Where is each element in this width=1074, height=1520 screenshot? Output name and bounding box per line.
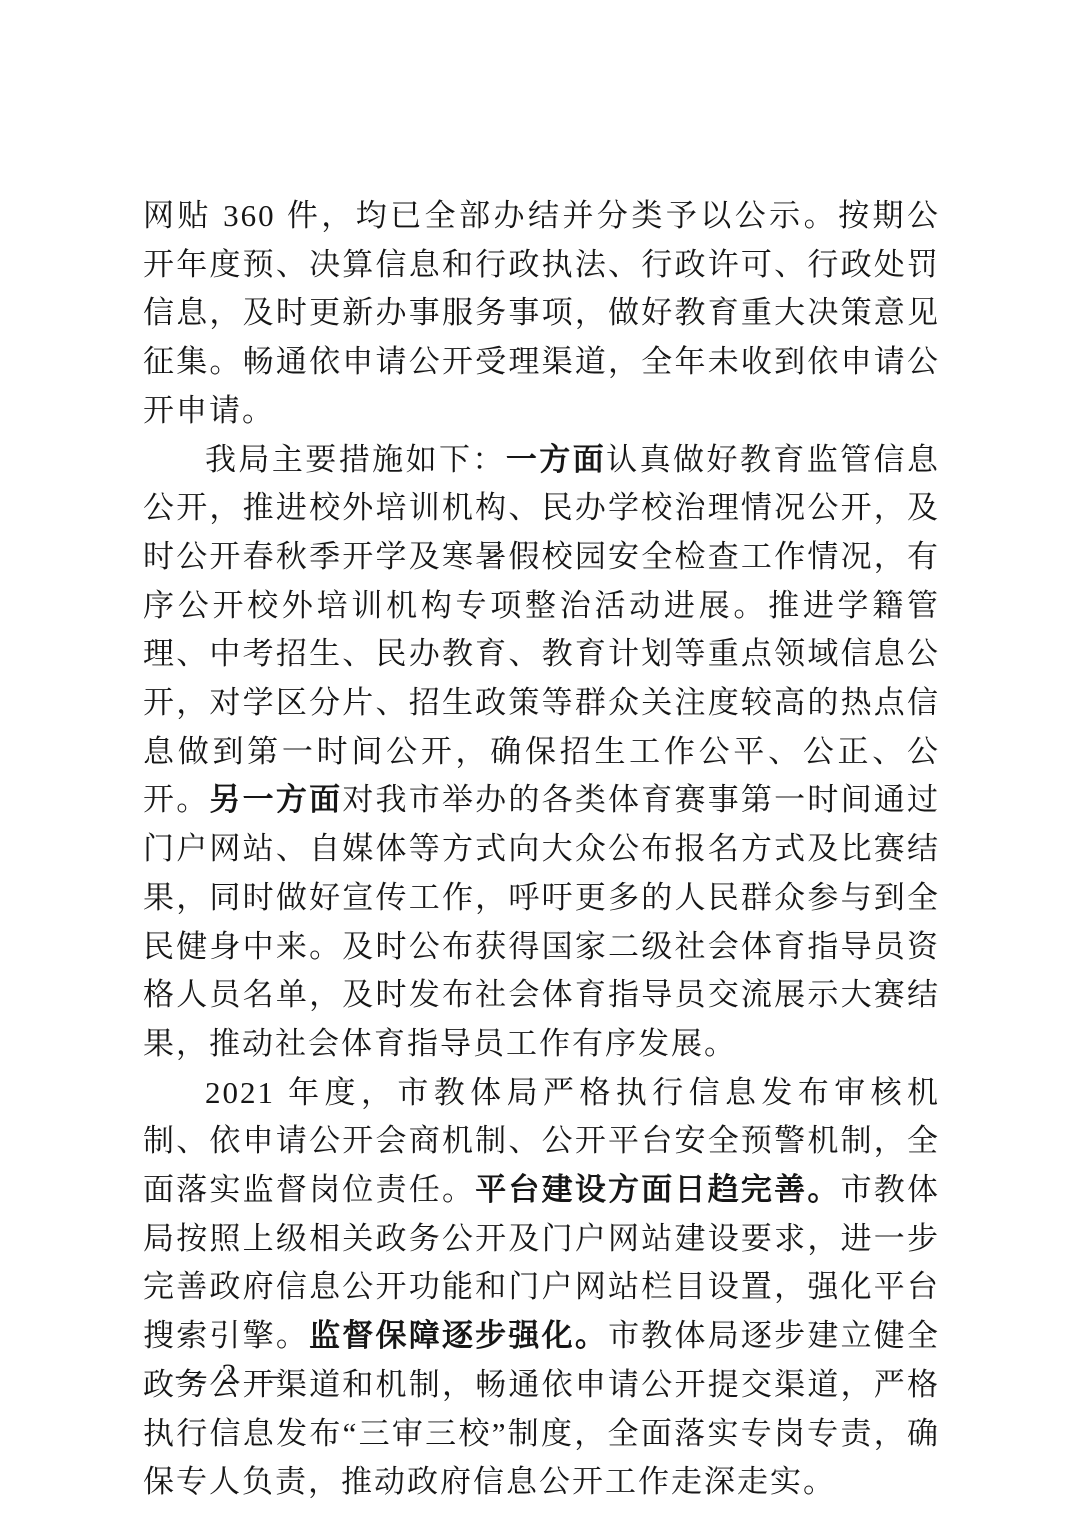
paragraph-text: 认真做好教育监管信息公开，推进校外培训机构、民办学校治理情况公开，及时公开春秋季… [143, 442, 940, 818]
bold-phrase-supervision-guarantee: 监督保障逐步强化。 [309, 1318, 608, 1353]
paragraph-measures: 我局主要措施如下：一方面认真做好教育监管信息公开，推进校外培训机构、民办学校治理… [143, 436, 940, 1069]
paragraph-text: 对我市举办的各类体育赛事第一时间通过门户网站、自媒体等方式向大众公布报名方式及比… [143, 782, 940, 1061]
bold-phrase-lingyifangmian: 另一方面 [209, 782, 342, 817]
bold-phrase-platform-construction: 平台建设方面日趋完善。 [475, 1172, 840, 1207]
paragraph-continuation: 网贴 360 件，均已全部办结并分类予以公示。按期公开年度预、决算信息和行政执法… [143, 192, 940, 436]
document-body: 网贴 360 件，均已全部办结并分类予以公示。按期公开年度预、决算信息和行政执法… [143, 192, 940, 1507]
paragraph-text: 我局主要措施如下： [205, 442, 506, 477]
bold-phrase-yifangmian: 一方面 [506, 442, 606, 477]
paragraph-text: 网贴 360 件，均已全部办结并分类予以公示。按期公开年度预、决算信息和行政执法… [143, 198, 940, 428]
paragraph-2021-summary: 2021 年度，市教体局严格执行信息发布审核机制、依申请公开会商机制、公开平台安… [143, 1069, 940, 1507]
document-page: 网贴 360 件，均已全部办结并分类予以公示。按期公开年度预、决算信息和行政执法… [0, 0, 1074, 1520]
page-number: — 2 — [176, 1358, 286, 1392]
